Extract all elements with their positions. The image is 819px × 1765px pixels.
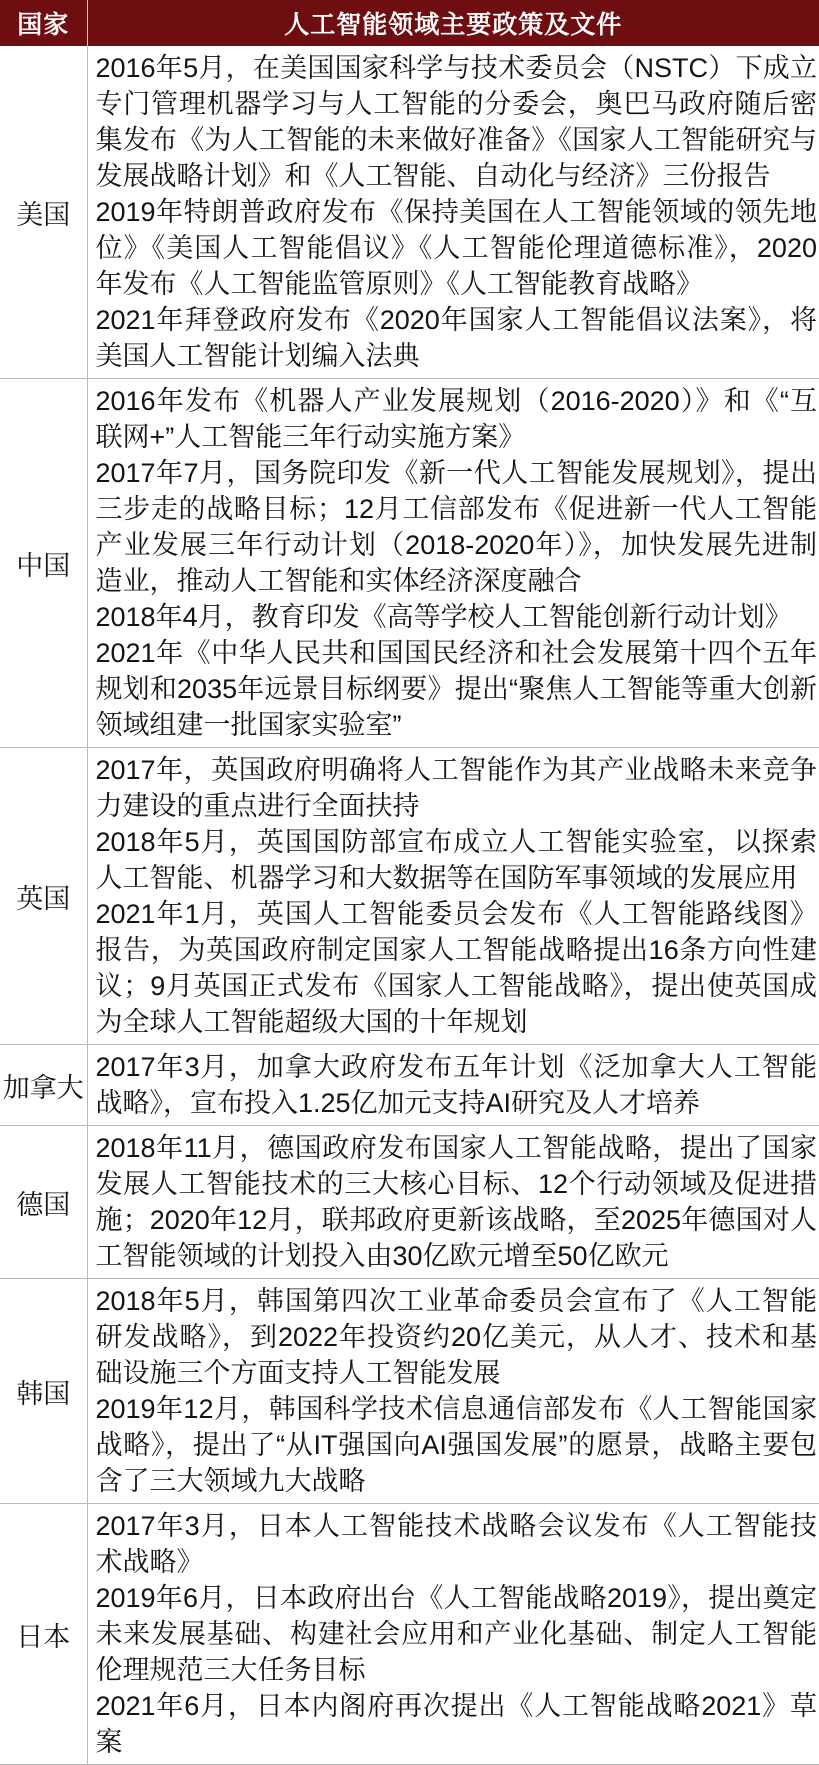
policy-paragraph: 2021年1月，英国人工智能委员会发布《人工智能路线图》报告，为英国政府制定国家… xyxy=(96,896,818,1040)
page: 国家 人工智能领域主要政策及文件 美国 2016年5月，在美国国家科学与技术委员… xyxy=(0,0,819,1765)
policy-column-header: 人工智能领域主要政策及文件 xyxy=(87,0,819,46)
country-cell: 美国 xyxy=(0,46,87,379)
table-row: 韩国 2018年5月，韩国第四次工业革命委员会宣布了《人工智能研发战略》，到20… xyxy=(0,1279,819,1504)
table-body: 美国 2016年5月，在美国国家科学与技术委员会（NSTC）下成立专门管理机器学… xyxy=(0,46,819,1765)
policy-paragraph: 2018年5月，韩国第四次工业革命委员会宣布了《人工智能研发战略》，到2022年… xyxy=(96,1283,818,1391)
policy-paragraph: 2019年特朗普政府发布《保持美国在人工智能领域的领先地位》《美国人工智能倡议》… xyxy=(96,194,818,302)
policy-cell: 2016年5月，在美国国家科学与技术委员会（NSTC）下成立专门管理机器学习与人… xyxy=(87,46,819,379)
table-row: 中国 2016年发布《机器人产业发展规划（2016-2020）》和《“互联网+”… xyxy=(0,379,819,748)
country-cell: 英国 xyxy=(0,748,87,1045)
policy-paragraph: 2018年11月，德国政府发布国家人工智能战略，提出了国家发展人工智能技术的三大… xyxy=(96,1130,818,1274)
policy-paragraph: 2018年4月，教育印发《高等学校人工智能创新行动计划》 xyxy=(96,599,818,635)
policy-cell: 2018年5月，韩国第四次工业革命委员会宣布了《人工智能研发战略》，到2022年… xyxy=(87,1279,819,1504)
policy-table: 国家 人工智能领域主要政策及文件 美国 2016年5月，在美国国家科学与技术委员… xyxy=(0,0,819,1765)
policy-cell: 2018年11月，德国政府发布国家人工智能战略，提出了国家发展人工智能技术的三大… xyxy=(87,1126,819,1279)
policy-cell: 2017年3月，日本人工智能技术战略会议发布《人工智能技术战略》2019年6月，… xyxy=(87,1504,819,1765)
policy-paragraph: 2019年12月，韩国科学技术信息通信部发布《人工智能国家战略》，提出了“从IT… xyxy=(96,1391,818,1499)
country-cell: 中国 xyxy=(0,379,87,748)
country-cell: 韩国 xyxy=(0,1279,87,1504)
policy-cell: 2017年，英国政府明确将人工智能作为其产业战略未来竞争力建设的重点进行全面扶持… xyxy=(87,748,819,1045)
policy-cell: 2017年3月，加拿大政府发布五年计划《泛加拿大人工智能战略》，宣布投入1.25… xyxy=(87,1045,819,1126)
country-column-header: 国家 xyxy=(0,0,87,46)
policy-paragraph: 2021年6月，日本内阁府再次提出《人工智能战略2021》草案 xyxy=(96,1688,818,1760)
policy-paragraph: 2017年，英国政府明确将人工智能作为其产业战略未来竞争力建设的重点进行全面扶持 xyxy=(96,752,818,824)
table-row: 加拿大 2017年3月，加拿大政府发布五年计划《泛加拿大人工智能战略》，宣布投入… xyxy=(0,1045,819,1126)
header-row: 国家 人工智能领域主要政策及文件 xyxy=(0,0,819,46)
country-cell: 德国 xyxy=(0,1126,87,1279)
country-cell: 加拿大 xyxy=(0,1045,87,1126)
policy-paragraph: 2018年5月，英国国防部宣布成立人工智能实验室，以探索人工智能、机器学习和大数… xyxy=(96,824,818,896)
table-row: 德国 2018年11月，德国政府发布国家人工智能战略，提出了国家发展人工智能技术… xyxy=(0,1126,819,1279)
policy-paragraph: 2017年3月，日本人工智能技术战略会议发布《人工智能技术战略》 xyxy=(96,1508,818,1580)
policy-paragraph: 2016年5月，在美国国家科学与技术委员会（NSTC）下成立专门管理机器学习与人… xyxy=(96,50,818,194)
table-row: 日本 2017年3月，日本人工智能技术战略会议发布《人工智能技术战略》2019年… xyxy=(0,1504,819,1765)
country-cell: 日本 xyxy=(0,1504,87,1765)
policy-paragraph: 2019年6月，日本政府出台《人工智能战略2019》，提出奠定未来发展基础、构建… xyxy=(96,1580,818,1688)
policy-paragraph: 2021年《中华人民共和国国民经济和社会发展第十四个五年规划和2035年远景目标… xyxy=(96,635,818,743)
policy-cell: 2016年发布《机器人产业发展规划（2016-2020）》和《“互联网+”人工智… xyxy=(87,379,819,748)
table-row: 英国 2017年，英国政府明确将人工智能作为其产业战略未来竞争力建设的重点进行全… xyxy=(0,748,819,1045)
policy-paragraph: 2016年发布《机器人产业发展规划（2016-2020）》和《“互联网+”人工智… xyxy=(96,383,818,455)
policy-paragraph: 2017年7月，国务院印发《新一代人工智能发展规划》，提出三步走的战略目标；12… xyxy=(96,455,818,599)
table-row: 美国 2016年5月，在美国国家科学与技术委员会（NSTC）下成立专门管理机器学… xyxy=(0,46,819,379)
policy-paragraph: 2021年拜登政府发布《2020年国家人工智能倡议法案》，将美国人工智能计划编入… xyxy=(96,302,818,374)
policy-paragraph: 2017年3月，加拿大政府发布五年计划《泛加拿大人工智能战略》，宣布投入1.25… xyxy=(96,1049,818,1121)
